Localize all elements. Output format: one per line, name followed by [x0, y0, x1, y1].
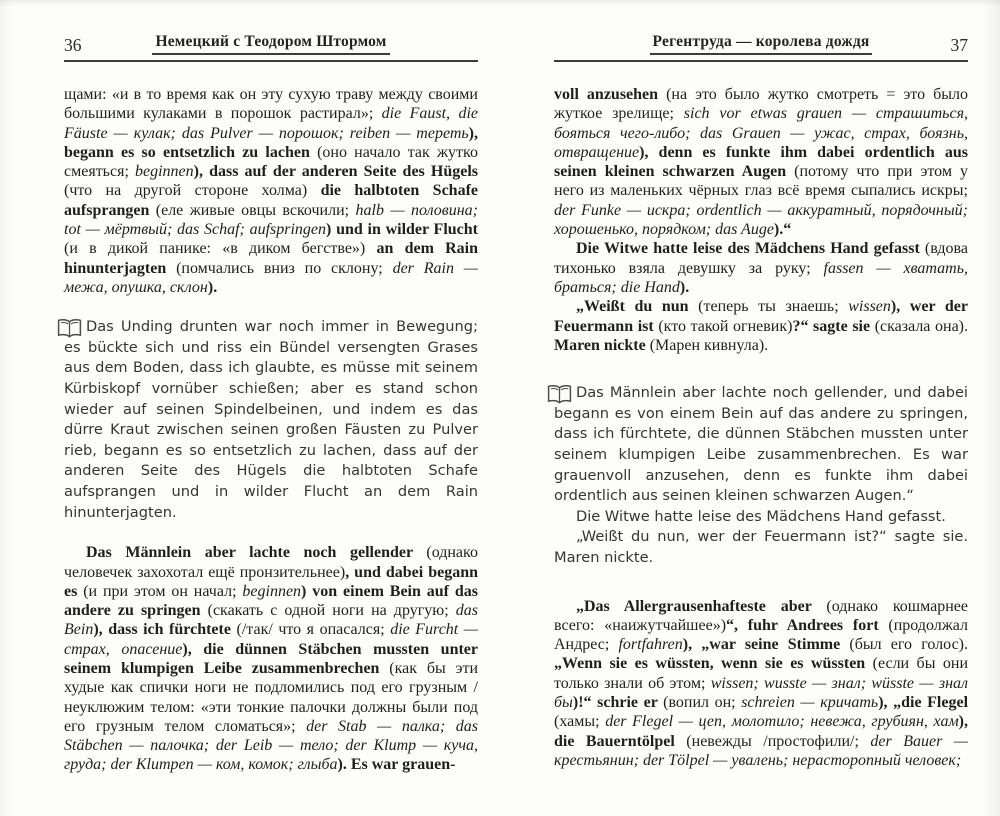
text-segment: (хамы; [554, 713, 605, 730]
text-segment: )!“ schrie er [573, 694, 663, 711]
text-segment: ). [680, 279, 689, 296]
text-segment: beginnen [135, 163, 194, 180]
page-left: 36 Немецкий с Теодором Штормом щами: «и … [64, 33, 478, 775]
text-segment: (помчались вниз по склону; [176, 260, 393, 277]
text-segment: ). Es war grauen- [338, 756, 456, 773]
text-segment: ?“ sagte sie [792, 318, 874, 335]
text-segment: schreien — кричать [741, 694, 878, 711]
original-text-paragraph: „Weißt du nun, wer der Feuermann ist?“ s… [554, 527, 968, 568]
interlinear-paragraph: „Weißt du nun (теперь ты знаешь; wissen)… [554, 297, 968, 355]
text-segment: “, fuhr Andrees fort [726, 617, 888, 634]
page-body-left: щами: «и в то время как он эту сухую тра… [64, 62, 478, 775]
running-title-left: Немецкий с Теодором Штормом [152, 33, 389, 55]
running-title-cell: Регентруда — королева дождя [600, 33, 922, 55]
interlinear-paragraph: Das Männlein aber lachte noch gellender … [64, 543, 478, 775]
text-segment: ). [208, 279, 217, 296]
interlinear-paragraph: Die Witwe hatte leise des Mädchens Hand … [554, 239, 968, 297]
text-segment: (теперь ты знаешь; [698, 298, 848, 315]
open-book-icon [524, 384, 551, 405]
book-spread: 36 Немецкий с Теодором Штормом щами: «и … [0, 0, 1000, 816]
text-segment: beginnen [242, 583, 301, 600]
text-segment: der Flegel — цеп, молотило; невежа, груб… [605, 713, 958, 730]
text-segment: (скакать с одной ноги на другую; [208, 602, 456, 619]
text-segment: ) und in wilder Flucht [326, 221, 478, 238]
page-right: Регентруда — королева дождя 37 voll anzu… [554, 33, 968, 770]
text-segment: (вопил он; [663, 694, 741, 711]
text-segment: „Weißt du nun, wer der Feuermann ist?“ s… [554, 528, 968, 566]
text-segment: „Wenn sie es wüssten, wenn sie es wüsste… [554, 655, 873, 672]
text-segment: (еле живые овцы вскочили; [156, 202, 356, 219]
running-title-cell: Немецкий с Теодором Штормом [110, 33, 432, 55]
text-segment: (и в дикой панике: «в диком бегстве») [64, 240, 376, 257]
text-segment: (был его голос). [849, 636, 968, 653]
text-segment: voll anzusehen [554, 86, 666, 103]
text-segment: Die Witwe hatte leise des Mädchens Hand … [576, 240, 925, 257]
page-number-left: 36 [64, 36, 110, 55]
original-text-paragraph: Das Männlein aber lachte noch gellender,… [554, 383, 968, 507]
running-head-left: 36 Немецкий с Теодором Штормом [64, 33, 478, 62]
text-segment: fortfahren [618, 636, 682, 653]
text-segment: (кто такой огневик) [658, 318, 792, 335]
open-book-icon [34, 318, 61, 339]
running-head-right: Регентруда — королева дождя 37 [554, 33, 968, 62]
text-segment: (/так/ что я опасался; [237, 621, 391, 638]
text-segment: (что на другой стороне холма) [64, 182, 321, 199]
text-segment: (сказала она). [875, 318, 968, 335]
text-segment: „Weißt du nun [576, 298, 698, 315]
text-segment: ), „die Flegel [878, 694, 968, 711]
text-segment: ), „war seine Stimme [683, 636, 850, 653]
original-text-paragraph: Die Witwe hatte leise des Mädchens Hand … [554, 507, 968, 528]
original-text-paragraph: Das Unding drunten war noch immer in Bew… [64, 317, 478, 523]
text-segment: Das Männlein aber lachte noch gellender,… [554, 384, 968, 504]
interlinear-paragraph: щами: «и в то время как он эту сухую тра… [64, 85, 478, 297]
page-body-right: voll anzusehen (на это было жутко смотре… [554, 62, 968, 770]
text-segment: „Das Allergrausenhafteste aber [576, 598, 826, 615]
text-segment: der Funke — искра; ordentlich — аккуратн… [554, 202, 968, 238]
running-title-right: Регентруда — королева дождя [650, 33, 873, 55]
interlinear-paragraph: voll anzusehen (на это было жутко смотре… [554, 85, 968, 239]
text-segment: ), dass ich fürchtete [93, 621, 236, 638]
text-segment: ), dass auf der anderen Seite des Hügels [194, 163, 478, 180]
text-segment: Die Witwe hatte leise des Mädchens Hand … [576, 508, 946, 525]
text-segment: wissen [848, 298, 891, 315]
text-segment: Maren nickte [554, 337, 650, 354]
text-segment: (невежды /простофили/; [686, 733, 870, 750]
text-segment: Das Unding drunten war noch immer in Bew… [64, 318, 478, 520]
interlinear-paragraph: „Das Allergrausenhafteste aber (однако к… [554, 597, 968, 771]
page-number-right: 37 [922, 36, 968, 55]
text-segment: (Марен кивнула). [650, 337, 768, 354]
text-segment: Das Männlein aber lachte noch gellender [86, 544, 426, 561]
text-segment: (и при этом он начал; [83, 583, 242, 600]
text-segment: ).“ [774, 221, 791, 238]
